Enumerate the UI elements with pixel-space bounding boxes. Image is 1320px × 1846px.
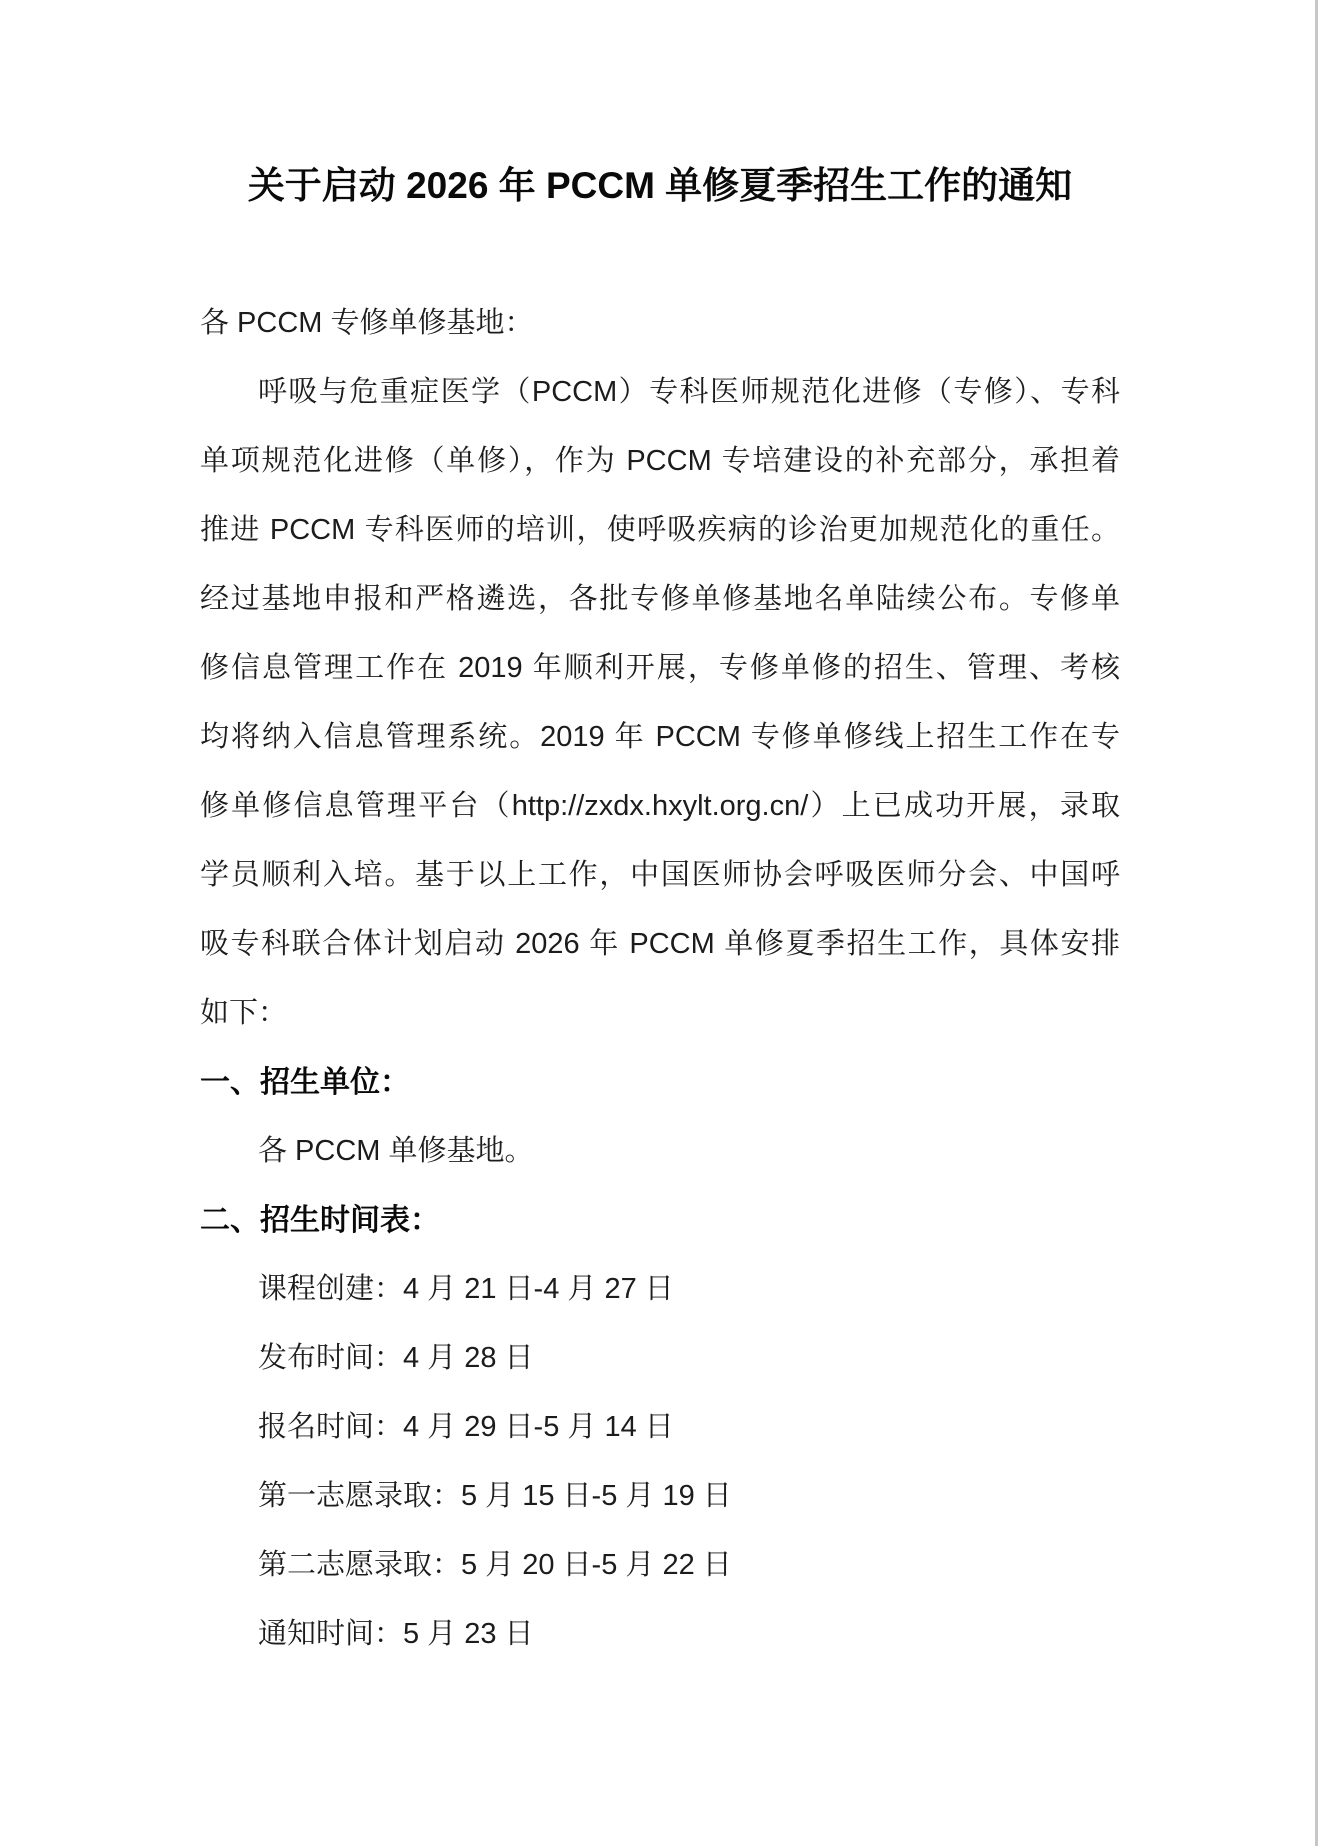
doc-line-paragraph: 单项规范化进修（单修），作为 PCCM 专培建设的补充部分，承担着 <box>200 427 1120 496</box>
section-heading-1: 一、招生单位： <box>200 1048 1120 1117</box>
doc-line-paragraph: 吸专科联合体计划启动 2026 年 PCCM 单修夏季招生工作，具体安排 <box>200 910 1120 979</box>
doc-line-paragraph: 学员顺利入培。基于以上工作，中国医师协会呼吸医师分会、中国呼 <box>200 841 1120 910</box>
doc-line-paragraph: 均将纳入信息管理系统。2019 年 PCCM 专修单修线上招生工作在专 <box>200 703 1120 772</box>
doc-line-paragraph-url: 修单修信息管理平台（http://zxdx.hxylt.org.cn/）上已成功… <box>200 772 1120 841</box>
blank-line <box>200 220 1120 289</box>
schedule-line-signup: 报名时间：4 月 29 日-5 月 14 日 <box>200 1393 1120 1462</box>
document-page: 关于启动 2026 年 PCCM 单修夏季招生工作的通知 各 PCCM 专修单修… <box>0 0 1320 1846</box>
schedule-line-publish: 发布时间：4 月 28 日 <box>200 1324 1120 1393</box>
notice-title: 关于启动 2026 年 PCCM 单修夏季招生工作的通知 <box>200 151 1120 220</box>
schedule-line-notify: 通知时间：5 月 23 日 <box>200 1600 1120 1669</box>
doc-line-paragraph: 推进 PCCM 专科医师的培训，使呼吸疾病的诊治更加规范化的重任。 <box>200 496 1120 565</box>
doc-line-section-1-content: 各 PCCM 单修基地。 <box>200 1117 1120 1186</box>
schedule-line-second-choice: 第二志愿录取：5 月 20 日-5 月 22 日 <box>200 1531 1120 1600</box>
schedule-line-course-create: 课程创建：4 月 21 日-4 月 27 日 <box>200 1255 1120 1324</box>
schedule-line-first-choice: 第一志愿录取：5 月 15 日-5 月 19 日 <box>200 1462 1120 1531</box>
window-right-edge-line <box>1315 0 1318 1846</box>
doc-line-salutation: 各 PCCM 专修单修基地： <box>200 289 1120 358</box>
section-heading-2: 二、招生时间表： <box>200 1186 1120 1255</box>
doc-line-paragraph-end: 如下： <box>200 979 1120 1048</box>
doc-line-paragraph: 经过基地申报和严格遴选，各批专修单修基地名单陆续公布。专修单 <box>200 565 1120 634</box>
doc-line-paragraph: 呼吸与危重症医学（PCCM）专科医师规范化进修（专修）、专科 <box>200 358 1120 427</box>
document-body: 关于启动 2026 年 PCCM 单修夏季招生工作的通知 各 PCCM 专修单修… <box>200 151 1120 1669</box>
doc-line-paragraph: 修信息管理工作在 2019 年顺利开展，专修单修的招生、管理、考核 <box>200 634 1120 703</box>
